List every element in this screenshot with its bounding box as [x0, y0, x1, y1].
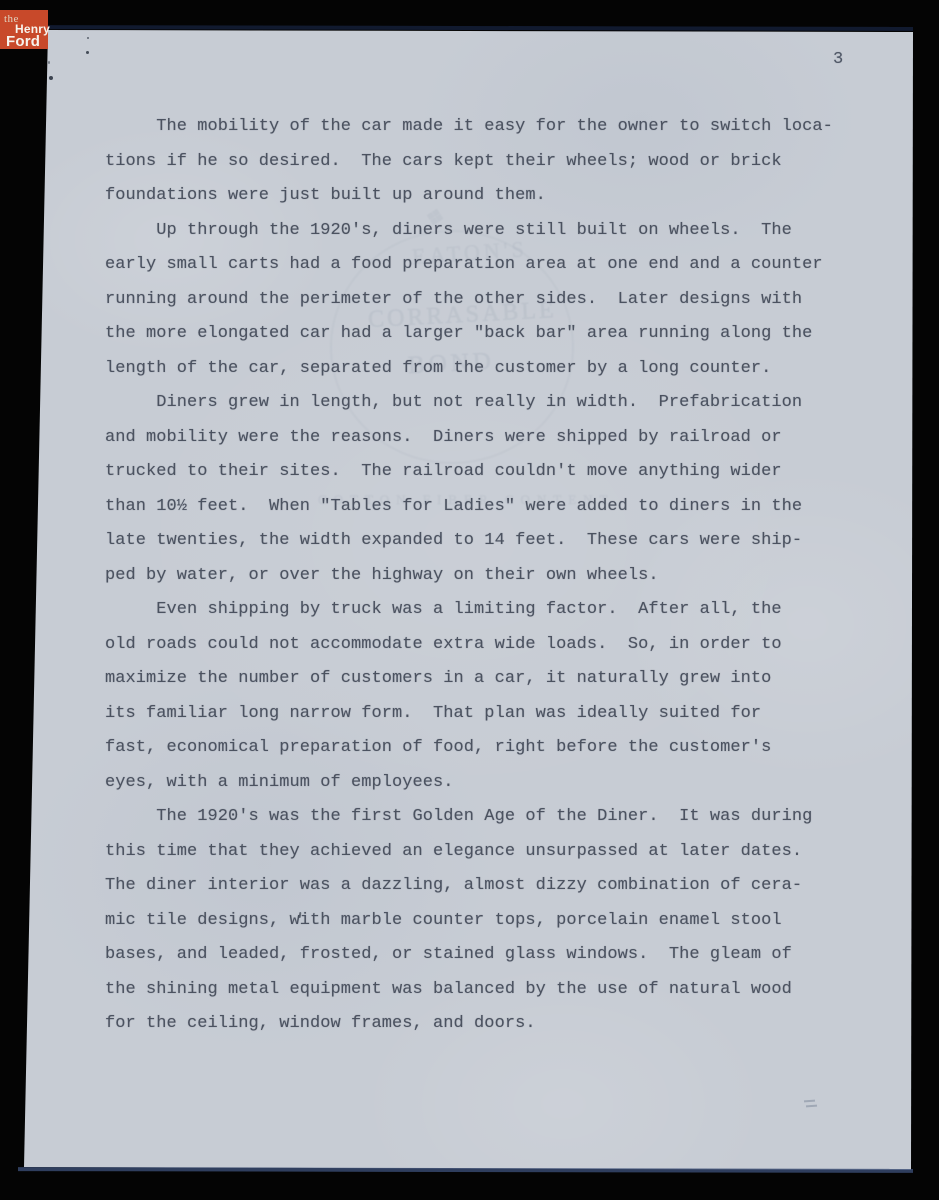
text-line: bases, and leaded, frosted, or stained g… — [105, 938, 865, 973]
text-line: The mobility of the car made it easy for… — [105, 110, 865, 145]
text-line: for the ceiling, window frames, and door… — [105, 1007, 865, 1042]
text-line: this time that they achieved an elegance… — [105, 835, 865, 870]
text-line: foundations were just built up around th… — [105, 179, 865, 214]
text-line: tions if he so desired. The cars kept th… — [105, 145, 865, 180]
text-line: ped by water, or over the highway on the… — [105, 559, 865, 594]
text-line: trucked to their sites. The railroad cou… — [105, 455, 865, 490]
text-line: length of the car, separated from the cu… — [105, 352, 865, 387]
paper-bottom-edge — [18, 1167, 913, 1173]
text-line: old roads could not accommodate extra wi… — [105, 628, 865, 663]
text-line: early small carts had a food preparation… — [105, 248, 865, 283]
text-line: the more elongated car had a larger "bac… — [105, 317, 865, 352]
text-line: the shining metal equipment was balanced… — [105, 973, 865, 1008]
text-line: than 10½ feet. When "Tables for Ladies" … — [105, 490, 865, 525]
text-line: The diner interior was a dazzling, almos… — [105, 869, 865, 904]
ink-speck — [49, 76, 53, 80]
scanned-page: ❖ EATON'S CORRASABLE BOND COTTON FIBER C… — [0, 0, 939, 1200]
text-line: mic tile designs, with marble counter to… — [105, 904, 865, 939]
text-line: Diners grew in length, but not really in… — [105, 386, 865, 421]
text-line: maximize the number of customers in a ca… — [105, 662, 865, 697]
ink-speck — [86, 51, 89, 54]
text-line: fast, economical preparation of food, ri… — [105, 731, 865, 766]
text-line: running around the perimeter of the othe… — [105, 283, 865, 318]
paper: ❖ EATON'S CORRASABLE BOND COTTON FIBER C… — [0, 0, 939, 1200]
typewritten-text: The mobility of the car made it easy for… — [105, 110, 865, 1042]
text-line: eyes, with a minimum of employees. — [105, 766, 865, 801]
text-line: and mobility were the reasons. Diners we… — [105, 421, 865, 456]
text-line: late twenties, the width expanded to 14 … — [105, 524, 865, 559]
text-line: its familiar long narrow form. That plan… — [105, 697, 865, 732]
text-line: The 1920's was the first Golden Age of t… — [105, 800, 865, 835]
ink-speck — [48, 61, 50, 64]
page-number: 3 — [833, 50, 843, 69]
text-line: Up through the 1920's, diners were still… — [105, 214, 865, 249]
logo-word-ford: Ford — [6, 34, 40, 49]
faint-pencil-mark — [804, 1099, 818, 1109]
paper-top-edge — [44, 25, 913, 31]
text-line: Even shipping by truck was a limiting fa… — [105, 593, 865, 628]
henry-ford-logo: the Henry Ford — [0, 10, 48, 49]
ink-speck — [87, 37, 89, 39]
